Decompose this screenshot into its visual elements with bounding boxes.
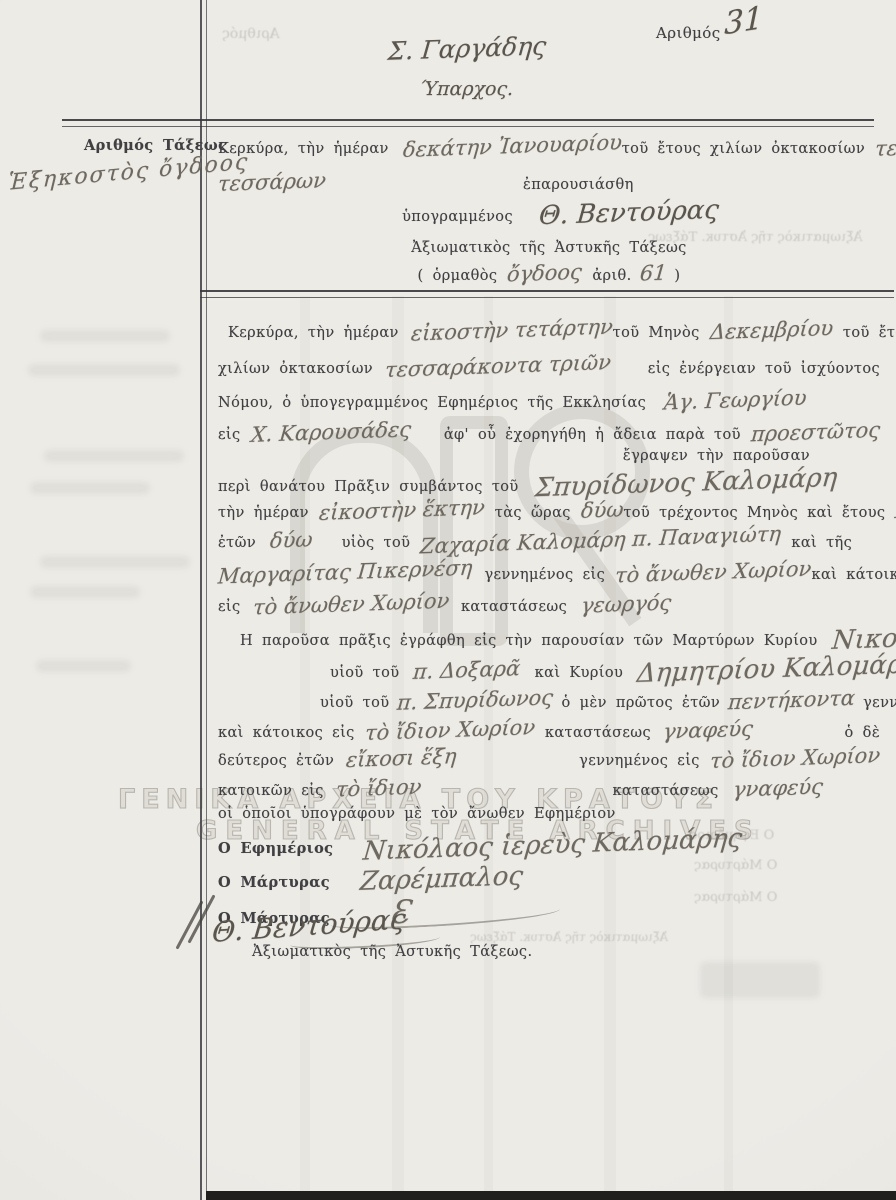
act-year-fill: τεσσαράκοντα τριῶν — [384, 352, 612, 381]
act-line-11: Η παροῦσα πρᾶξις ἐγράφθη εἰς τὴν παρουσί… — [240, 624, 880, 650]
witness2-birthplace-fill: τὸ ἴδιον Χωρίον — [709, 745, 881, 772]
printed-text: περὶ θανάτου Πρᾶξιν συμβάντος τοῦ — [218, 479, 519, 495]
age-fill: δύω — [269, 529, 313, 552]
printed-text: ἐτῶν — [218, 535, 256, 551]
order-number-value-handwritten: Ἑξηκοστὸς ὄγδοος — [8, 151, 250, 194]
printed-text: ) — [674, 268, 680, 284]
printed-text: καταστάσεως — [461, 599, 567, 615]
printed-text: εἰς — [218, 427, 241, 443]
official-title-handwritten: Ύπαρχος. — [420, 80, 514, 99]
printed-text: καταστάσεως — [612, 783, 718, 799]
officiant-label: Ο Εφημέριος — [218, 840, 333, 857]
bleedthrough-smudge — [30, 482, 150, 494]
act-line-7: τὴν ἡμέραν εἰκοστὴν ἕκτην τὰς ὥρας δύω τ… — [218, 500, 880, 521]
printed-text: ἐπαρουσιάσθη — [523, 177, 634, 193]
printed-text: χιλίων ὀκτακοσίων — [218, 361, 373, 377]
bundle-number-fill: 61 — [639, 262, 668, 284]
printed-text: ἀριθ. — [592, 268, 631, 284]
officer-title: Ἀξιωματικὸς τῆς Ἀστυκῆς Τάξεως. — [252, 944, 532, 960]
scanned-register-page: ΓΕΝΙΚΑ ΑΡΧΕΙΑ ΤΟΥ ΚΡΑΤΟΥΣ GENERAL STATE … — [0, 0, 896, 1200]
bleedthrough-officiant-label: Ο Εφημέριος — [690, 828, 774, 843]
printed-text: κατοικῶν εἰς — [218, 783, 324, 799]
printed-text: ὑπογραμμένος — [402, 209, 513, 225]
act-line-17: οἱ ὁποῖοι ὑπογράφουν μὲ τὸν ἄνωθεν Εφημέ… — [218, 806, 880, 822]
number-value-handwritten: 31 — [724, 3, 764, 41]
printed-text: Ἀξιωματικὸς τῆς Ἀστυκῆς Τάξεως — [411, 240, 686, 256]
printed-text: εἰς ἐνέργειαν τοῦ ἰσχύοντος — [648, 361, 880, 377]
death-hour-fill: δύω — [580, 499, 624, 522]
witness-label: Ο Μάρτυρας — [218, 874, 330, 891]
mother-name-fill: Μαργαρίτας Πικερνέση — [217, 558, 473, 588]
permission-giver-fill: προεστῶτος — [750, 420, 881, 446]
bleedthrough-number-label: Αριθμός — [222, 26, 280, 42]
bleedthrough-officer-title: Ἀξιωματικὸς τῆς Ἀστυκ. Τάξεως — [470, 930, 668, 944]
printed-text: γεννημένος εἰς — [484, 567, 605, 583]
order-number-label: Αριθμός Τάξεως — [84, 137, 227, 154]
presentation-line-3: ὑπογραμμένος Θ. Βεντούρας — [218, 200, 880, 226]
printed-text: ἀφ' οὗ ἐχορηγήθη ἡ ἄδεια παρὰ τοῦ — [444, 427, 741, 443]
occupation-fill: γεωργός — [580, 592, 672, 616]
left-column-rule — [200, 0, 207, 1200]
printed-text: Κερκύρα, τὴν ἡμέραν — [228, 325, 399, 341]
witness2-father-fill: π. Σπυρίδωνος — [397, 687, 555, 714]
witness2-name-fill: Δημητρίου Καλομάρη — [636, 651, 896, 687]
number-label: Αριθμός — [656, 24, 721, 42]
printed-text: ὁ μὲν πρῶτος ἐτῶν — [562, 695, 721, 711]
officiant-signature: Νικόλαος ἱερεὺς Καλομάρης — [362, 825, 743, 864]
witness1-father-fill: π. Δοξαρᾶ — [413, 658, 522, 683]
printed-text: Η παροῦσα πρᾶξις ἐγράφθη εἰς τὴν παρουσί… — [240, 633, 818, 649]
bleedthrough-officer-title: Ἀξιωματικὸς τῆς Ἀστυκ. Τάξεως — [648, 230, 863, 245]
act-line-4: εἰς Χ. Καρουσάδες ἀφ' οὗ ἐχορηγήθη ἡ ἄδε… — [218, 422, 880, 443]
bleedthrough-witness-label: Ο Μάρτυρας — [694, 890, 777, 905]
printed-text: ἔγραψεν τὴν παροῦσαν — [623, 448, 810, 464]
bleedthrough-smudge — [700, 962, 820, 998]
residence-fill: τὸ ἄνωθεν Χωρίον — [252, 591, 450, 619]
church-name-fill: Ἁγ. Γεωργίου — [663, 387, 807, 413]
printed-text: ὁ δὲ — [845, 725, 880, 741]
act-line-9: Μαργαρίτας Πικερνέση γεννημένος εἰς τὸ ἄ… — [218, 562, 880, 583]
act-line-13: υἱοῦ τοῦ π. Σπυρίδωνος ὁ μὲν πρῶτος ἐτῶν… — [320, 690, 880, 711]
printed-text: γεννημένος εἰς — [579, 753, 700, 769]
witness2-age-fill: εἴκοσι ἕξη — [345, 746, 457, 771]
printed-text: τὰς ὥρας — [495, 505, 571, 521]
witness2-occupation-fill: γναφεύς — [732, 776, 824, 800]
officer-signature-handwritten: Θ. Βεντούρας — [538, 197, 720, 229]
printed-text: γεννημένος εἰς — [863, 695, 896, 711]
bleedthrough-smudge — [40, 556, 190, 568]
act-line-5: ἔγραψεν τὴν παροῦσαν — [218, 448, 880, 464]
printed-text: καταστάσεως — [545, 725, 651, 741]
printed-text: ( ὁρμαθὸς — [418, 268, 498, 284]
act-line-6: περὶ θανάτου Πρᾶξιν συμβάντος τοῦ Σπυρίδ… — [218, 470, 880, 496]
printed-text: καὶ Κυρίου — [535, 665, 624, 681]
scan-edge-band — [206, 1191, 896, 1200]
act-line-12: υἱοῦ τοῦ π. Δοξαρᾶ καὶ Κυρίου Δημητρίου … — [330, 656, 880, 682]
act-line-3: Νόμου, ὁ ὑπογεγραμμένος Εφημέριος τῆς Εκ… — [218, 390, 880, 411]
act-line-1: Κερκύρα, τὴν ἡμέραν εἰκοστὴν τετάρτην το… — [228, 320, 880, 341]
printed-text: Κερκύρα, τὴν ἡμέραν — [218, 141, 389, 157]
printed-text: υἱοῦ τοῦ — [330, 665, 399, 681]
bleedthrough-smudge — [30, 586, 140, 598]
printed-text: υἱοῦ τοῦ — [320, 695, 389, 711]
printed-text: καὶ κάτοικος εἰς — [218, 725, 355, 741]
witness1-signature: Ζαρέμπαλος — [359, 863, 524, 895]
printed-text: δεύτερος ἐτῶν — [218, 753, 334, 769]
act-line-10: εἰς τὸ ἄνωθεν Χωρίον καταστάσεως γεωργός — [218, 594, 880, 615]
header-divider-rule — [62, 119, 874, 127]
printed-text: τοῦ ἔτους χιλίων ὀκτακοσίων — [622, 141, 865, 157]
printed-text: τοῦ ἔτους — [843, 325, 896, 341]
presentation-line-5: ( ὁρμαθὸς ὄγδοος ἀριθ. 61 ) — [218, 263, 880, 284]
printed-text: εἰς — [218, 599, 241, 615]
witness1-age-fill: πεντήκοντα — [727, 688, 856, 714]
signature-line-witness-1: Ο Μάρτυρας Ζαρέμπαλος — [218, 866, 880, 892]
bleedthrough-smudge — [28, 364, 180, 376]
act-line-16: κατοικῶν εἰς τὸ ἴδιον καταστάσεως γναφεύ… — [218, 778, 880, 799]
printed-text: καὶ τῆς — [791, 535, 852, 551]
presentation-line-2: τεσσάρων ἐπαρουσιάσθη — [218, 172, 880, 193]
death-day-fill: εἰκοστὴν ἕκτην — [318, 497, 486, 524]
presentation-year-fill: τεσσαράκοντα — [874, 133, 896, 160]
presentation-line-1: Κερκύρα, τὴν ἡμέραν δεκάτην Ἰανουαρίου τ… — [218, 136, 880, 157]
printed-text: Νόμου, ὁ ὑπογεγραμμένος Εφημέριος τῆς Εκ… — [218, 395, 646, 411]
signature-line-officiant: Ο Εφημέριος Νικόλαος ἱερεὺς Καλομάρης — [218, 832, 880, 858]
witness1-occupation-fill: γναφεύς — [662, 718, 754, 742]
bleedthrough-smudge — [44, 450, 184, 462]
act-line-2: χιλίων ὀκτακοσίων τεσσαράκοντα τριῶν εἰς… — [218, 356, 880, 377]
official-name-handwritten: Σ. Γαργάδης — [387, 33, 547, 64]
printed-text: τὴν ἡμέραν — [218, 505, 309, 521]
presentation-date-fill: δεκάτην Ἰανουαρίου — [402, 132, 623, 161]
printed-text: τοῦ Μηνὸς — [613, 325, 700, 341]
bleedthrough-smudge — [40, 330, 170, 342]
witness1-residence-fill: τὸ ἴδιον Χωρίον — [364, 717, 536, 744]
presentation-year-fill-2: τεσσάρων — [217, 170, 327, 195]
bundle-fill: ὄγδοος — [507, 262, 584, 286]
act-line-15: δεύτερος ἐτῶν εἴκοσι ἕξη γεννημένος εἰς … — [218, 748, 880, 769]
act-day-fill: εἰκοστὴν τετάρτην — [410, 316, 614, 344]
printed-text: καὶ κάτοικος — [812, 567, 896, 583]
section-divider-rule — [200, 290, 894, 298]
act-line-14: καὶ κάτοικος εἰς τὸ ἴδιον Χωρίον καταστά… — [218, 720, 880, 741]
printed-text: τοῦ τρέχοντος Μηνὸς καὶ ἔτους — [623, 505, 885, 521]
village-fill: Χ. Καρουσάδες — [250, 419, 412, 446]
birthplace-fill: τὸ ἄνωθεν Χωρίον — [614, 559, 812, 587]
death-year-fill: 1843 — [893, 499, 896, 522]
act-month-fill: Δεκεμβρίου — [709, 318, 834, 343]
printed-text: οἱ ὁποῖοι ὑπογράφουν μὲ τὸν ἄνωθεν Εφημέ… — [218, 806, 616, 822]
witness2-residence-fill: τὸ ἴδιον — [335, 776, 422, 800]
deceased-name-fill: Σπυρίδωνος Καλομάρη — [534, 465, 838, 502]
printed-text: υἱὸς τοῦ — [342, 535, 411, 551]
act-line-8: ἐτῶν δύω υἱὸς τοῦ Ζαχαρία Καλομάρη π. Πα… — [218, 530, 880, 551]
witness1-name-fill: Νικολάου Κόντη — [831, 620, 896, 654]
bleedthrough-witness-label: Ο Μάρτυρας — [694, 858, 777, 873]
bleedthrough-smudge — [36, 660, 131, 672]
